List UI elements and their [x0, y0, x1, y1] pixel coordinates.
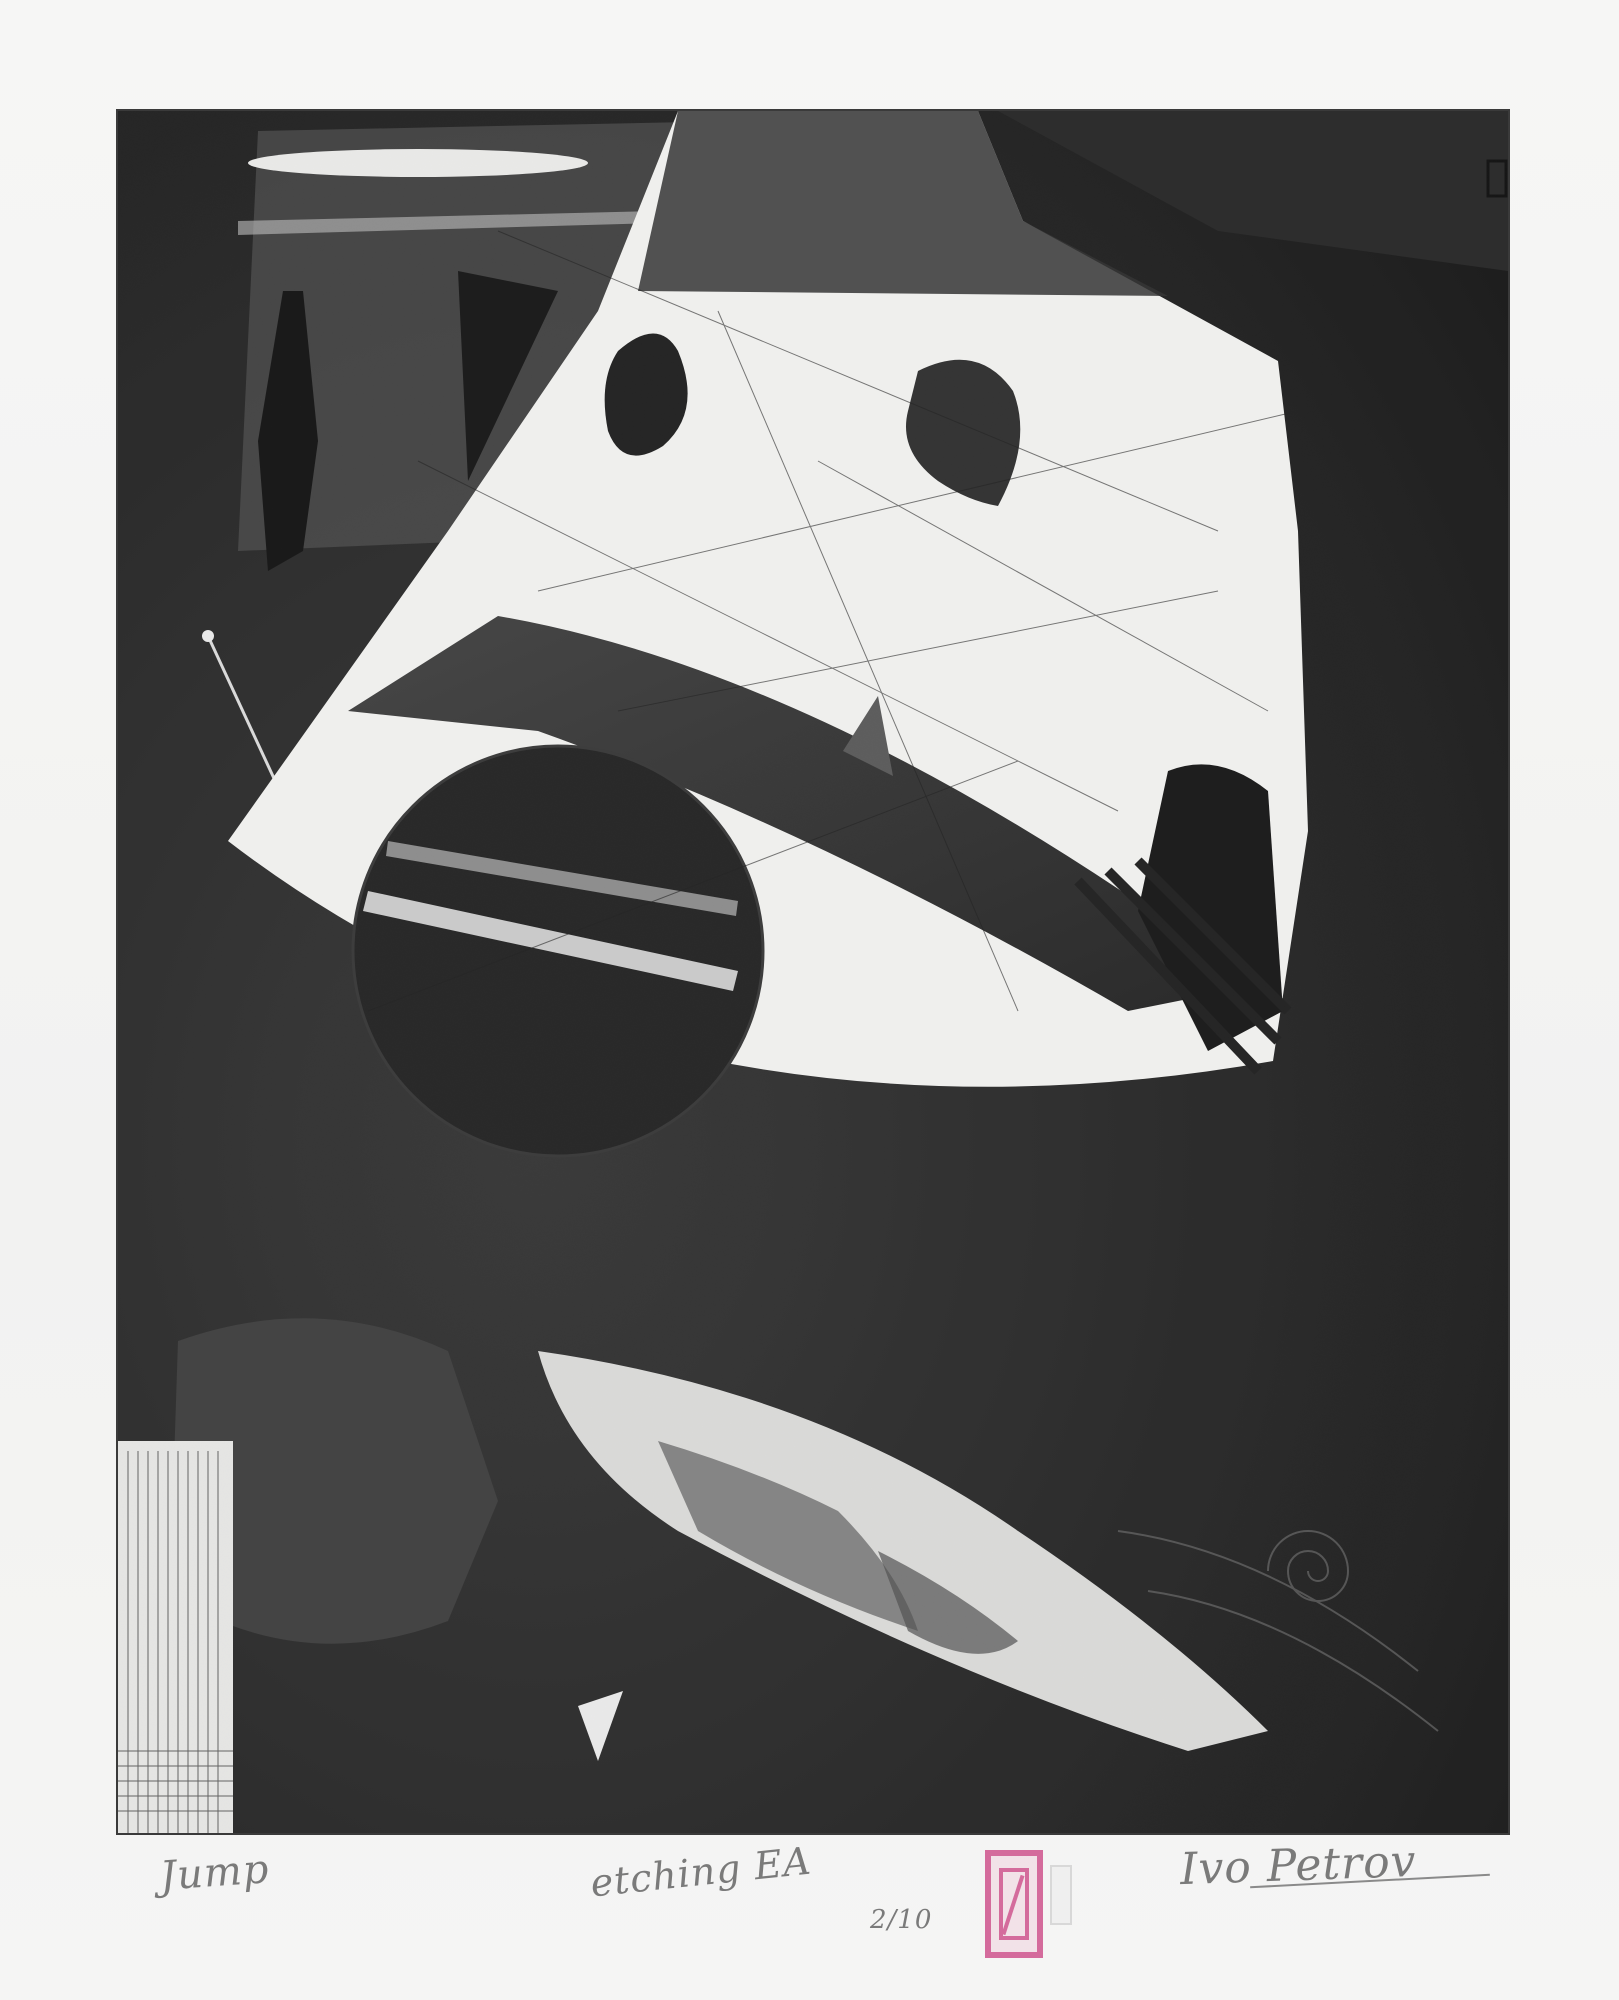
edition-number: 2/10	[870, 1905, 932, 1935]
artist-chop-stamp	[985, 1850, 1043, 1958]
blind-embossed-stamp	[1050, 1865, 1072, 1925]
artwork-title: Jump	[159, 1846, 271, 1900]
artist-signature: Ivo Petrov	[1179, 1836, 1417, 1895]
etching-artwork	[118, 111, 1508, 1833]
etching-plate	[118, 111, 1508, 1833]
